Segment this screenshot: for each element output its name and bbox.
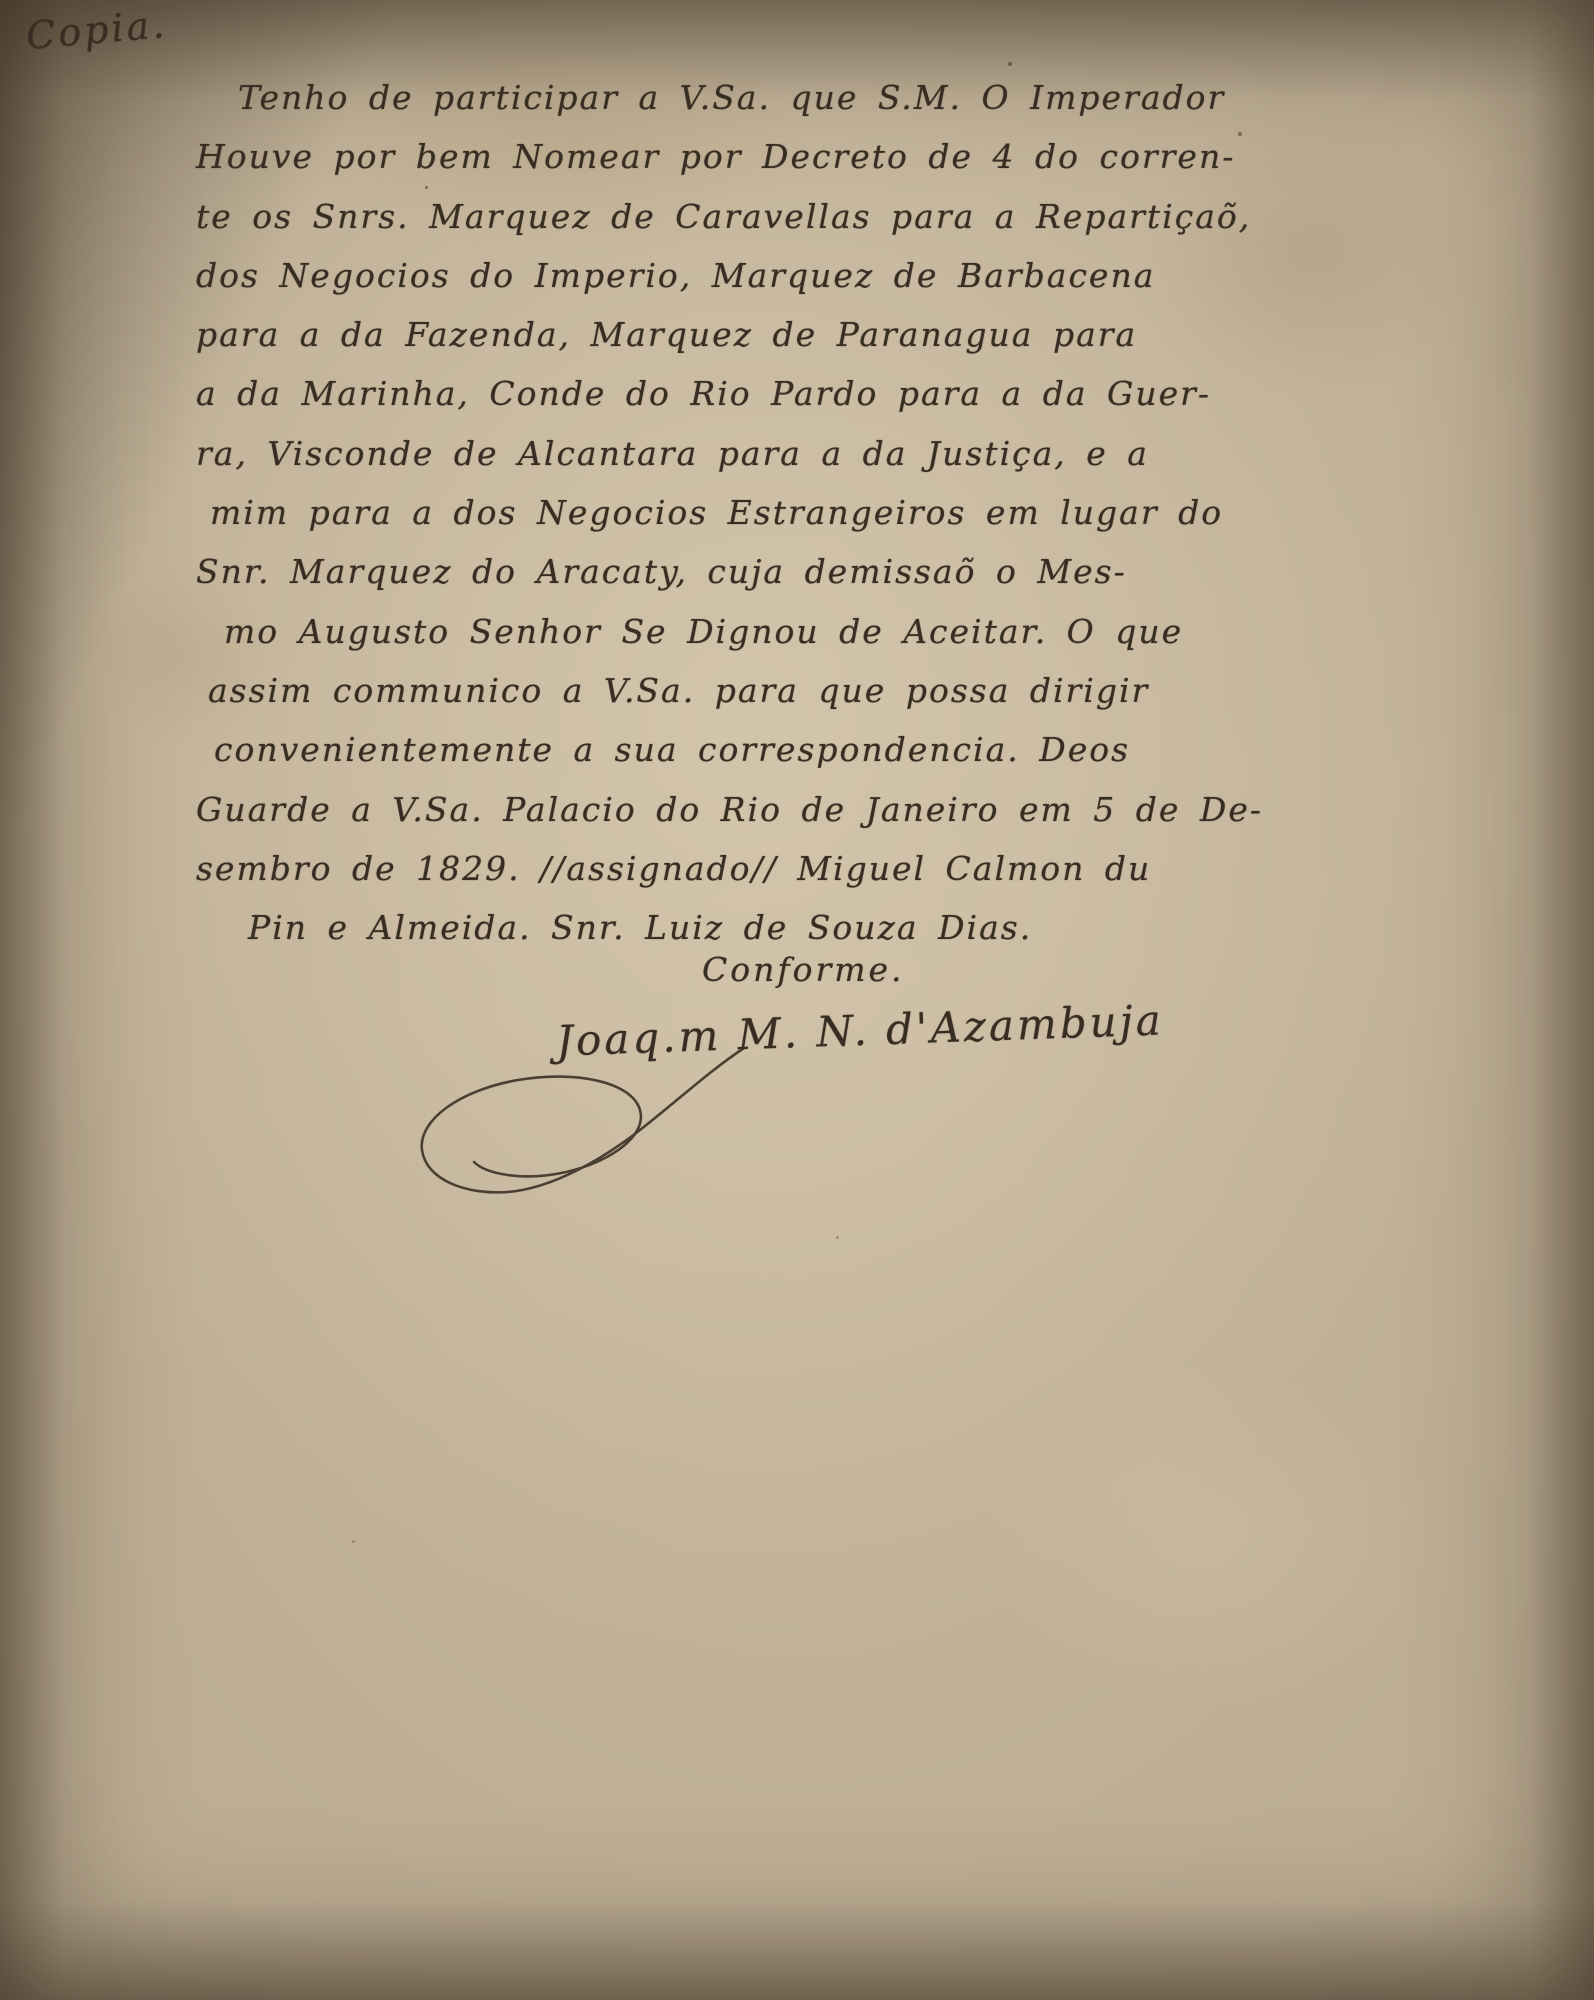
body-line: assim communico a V.Sa. para que possa d… — [208, 671, 1276, 730]
body-line: mim para a dos Negocios Estrangeiros em … — [210, 493, 1276, 552]
body-line: mo Augusto Senhor Se Dignou de Aceitar. … — [224, 612, 1276, 671]
body-line: Houve por bem Nomear por Decreto de 4 do… — [196, 137, 1276, 196]
body-line: te os Snrs. Marquez de Caravellas para a… — [196, 197, 1276, 256]
copy-label: Copia. — [24, 2, 168, 58]
body-line: dos Negocios do Imperio, Marquez de Barb… — [196, 256, 1276, 315]
paper-speck — [1008, 62, 1012, 66]
body-line: Snr. Marquez do Aracaty, cuja demissaõ o… — [196, 552, 1276, 611]
body-line: Tenho de participar a V.Sa. que S.M. O I… — [238, 78, 1276, 137]
body-line: ra, Visconde de Alcantara para a da Just… — [196, 434, 1276, 493]
manuscript-page: Copia. Tenho de participar a V.Sa. que S… — [0, 0, 1594, 2000]
letter-body: Tenho de participar a V.Sa. que S.M. O I… — [196, 78, 1276, 967]
body-line: convenientemente a sua correspondencia. … — [214, 730, 1276, 789]
body-line: Guarde a V.Sa. Palacio do Rio de Janeiro… — [196, 790, 1276, 849]
body-line: para a da Fazenda, Marquez de Paranagua … — [196, 315, 1276, 374]
closing-conforme: Conforme. — [702, 950, 905, 989]
paper-stain — [980, 1360, 1440, 1710]
signature: Joaq.m M. N. d'Azambuja — [555, 995, 1164, 1065]
body-line: a da Marinha, Conde do Rio Pardo para a … — [196, 374, 1276, 433]
paper-speck — [352, 1540, 355, 1543]
body-line: sembro de 1829. //assignado// Miguel Cal… — [196, 849, 1276, 908]
paper-speck — [836, 1236, 839, 1239]
